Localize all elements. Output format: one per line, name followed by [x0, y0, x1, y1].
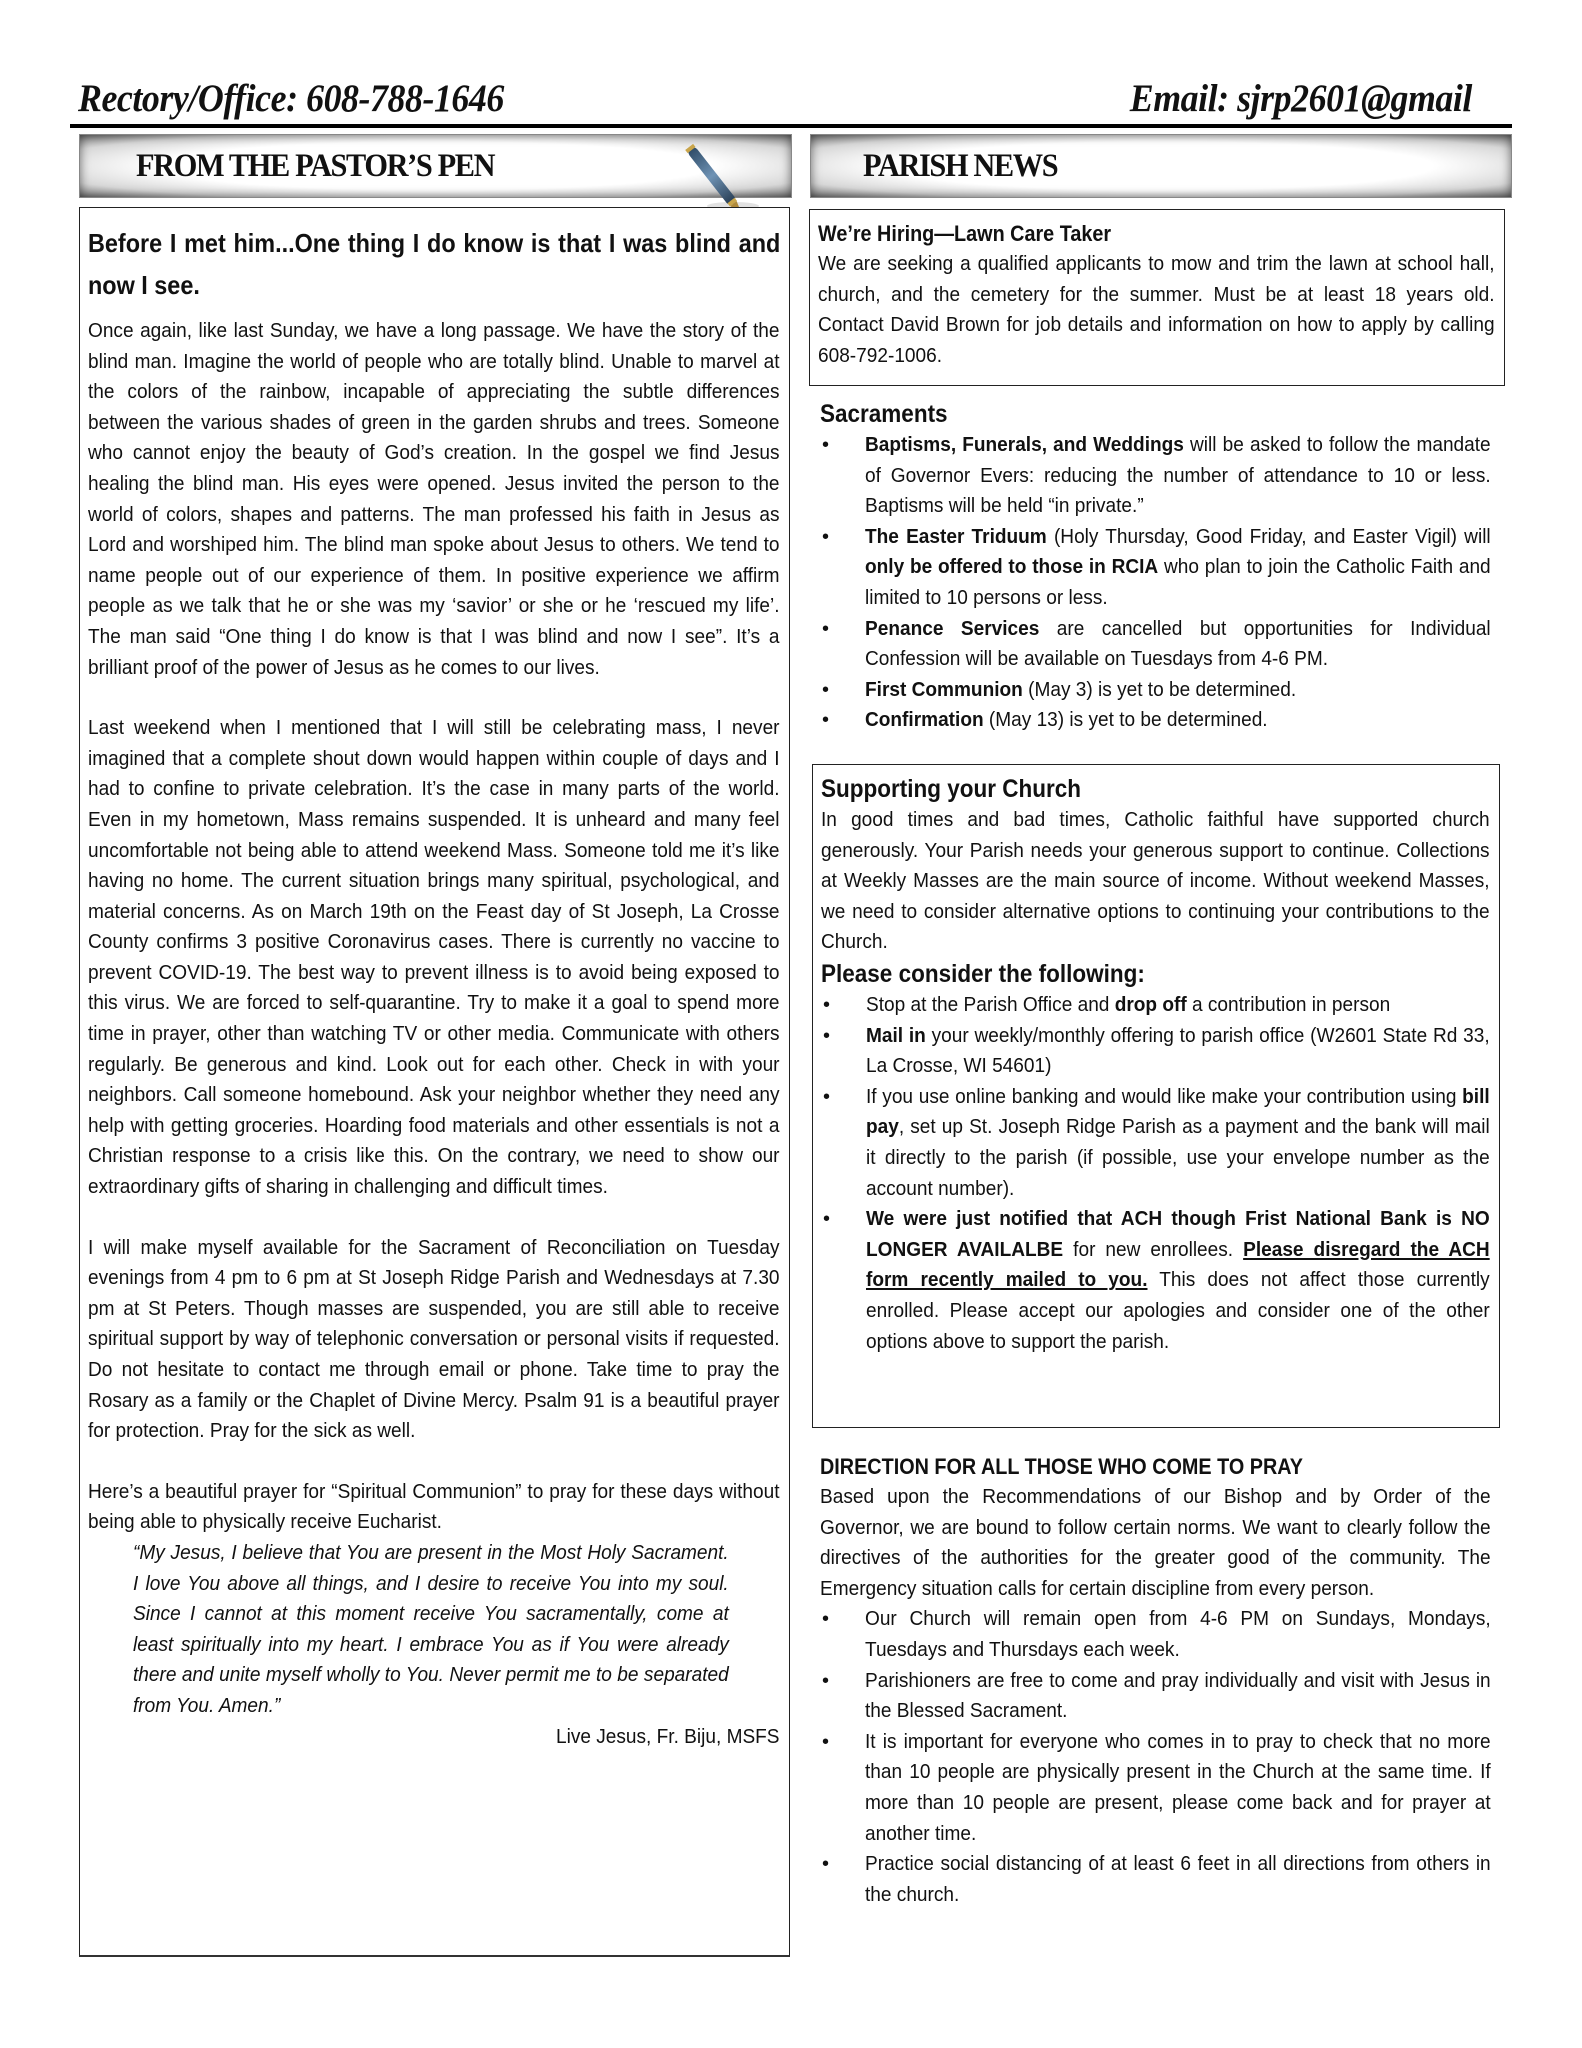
bullet-icon: • — [822, 1727, 829, 1758]
prayer-text: “My Jesus, I believe that You are presen… — [133, 1538, 729, 1722]
list-item: •Mail in your weekly/monthly offering to… — [821, 1021, 1491, 1082]
sacraments-title: Sacraments — [820, 398, 1425, 430]
hiring-body: We are seeking a qualified applicants to… — [818, 249, 1495, 371]
contribution-options-list: •Stop at the Parish Office and drop off … — [821, 990, 1491, 1357]
article-paragraph: Once again, like last Sunday, we have a … — [88, 316, 780, 683]
article-paragraph: Here’s a beautiful prayer for “Spiritual… — [88, 1477, 780, 1538]
bullet-icon: • — [822, 430, 829, 461]
list-item: •Confirmation (May 13) is yet to be dete… — [820, 705, 1492, 736]
directions-body: Based upon the Recommendations of our Bi… — [820, 1482, 1491, 1604]
supporting-subtitle: Please consider the following: — [821, 958, 1424, 990]
email-heading: Email: sjrp2601@gmail — [1130, 76, 1472, 121]
parish-news-banner: PARISH NEWS — [810, 134, 1512, 198]
bullet-icon: • — [822, 705, 829, 736]
spiritual-communion-prayer: “My Jesus, I believe that You are presen… — [88, 1538, 730, 1722]
list-item: •First Communion (May 3) is yet to be de… — [820, 675, 1492, 706]
list-item: •Baptisms, Funerals, and Weddings will b… — [820, 430, 1492, 522]
signature: Live Jesus, Fr. Biju, MSFS — [88, 1722, 843, 1753]
article-paragraph: Last weekend when I mentioned that I wil… — [88, 713, 780, 1203]
supporting-body: In good times and bad times, Catholic fa… — [821, 805, 1490, 958]
hiring-title: We’re Hiring—Lawn Care Taker — [818, 219, 1428, 249]
prayer-directions-section: DIRECTION FOR ALL THOSE WHO COME TO PRAY… — [820, 1452, 1492, 1910]
directions-title: DIRECTION FOR ALL THOSE WHO COME TO PRAY — [820, 1452, 1425, 1482]
list-item: •If you use online banking and would lik… — [821, 1082, 1491, 1204]
rectory-phone-heading: Rectory/Office: 608-788-1646 — [78, 76, 504, 121]
bullet-icon: • — [822, 1604, 829, 1635]
bullet-icon: • — [823, 1082, 830, 1113]
bullet-icon: • — [822, 614, 829, 645]
list-item: •We were just notified that ACH though F… — [821, 1204, 1491, 1357]
list-item: •The Easter Triduum (Holy Thursday, Good… — [820, 522, 1492, 614]
bullet-icon: • — [823, 1204, 830, 1235]
article-paragraph: I will make myself available for the Sac… — [88, 1233, 780, 1447]
pastors-pen-title: FROM THE PASTOR’S PEN — [136, 148, 494, 185]
bullet-icon: • — [823, 990, 830, 1021]
list-item: •Our Church will remain open from 4-6 PM… — [820, 1604, 1492, 1665]
pastors-pen-article: Before I met him...One thing I do know i… — [79, 207, 790, 1957]
list-item: •Practice social distancing of at least … — [820, 1849, 1492, 1910]
sacraments-list: •Baptisms, Funerals, and Weddings will b… — [820, 430, 1492, 736]
directions-list: •Our Church will remain open from 4-6 PM… — [820, 1604, 1492, 1910]
bullet-icon: • — [823, 1021, 830, 1052]
list-item: •Stop at the Parish Office and drop off … — [821, 990, 1491, 1021]
list-item: •Parishioners are free to come and pray … — [820, 1666, 1492, 1727]
bullet-icon: • — [822, 1849, 829, 1880]
supporting-title: Supporting your Church — [821, 773, 1424, 805]
bullet-icon: • — [822, 522, 829, 553]
header-divider — [70, 124, 1512, 128]
parish-news-title: PARISH NEWS — [863, 148, 1057, 185]
list-item: •It is important for everyone who comes … — [820, 1727, 1492, 1849]
supporting-church-box: Supporting your Church In good times and… — [812, 764, 1500, 1428]
sacraments-section: Sacraments •Baptisms, Funerals, and Wedd… — [820, 398, 1492, 736]
article-lead: Before I met him...One thing I do know i… — [88, 222, 780, 306]
bullet-icon: • — [822, 1666, 829, 1697]
hiring-notice: We’re Hiring—Lawn Care Taker We are seek… — [809, 209, 1505, 386]
bullet-icon: • — [822, 675, 829, 706]
list-item: •Penance Services are cancelled but oppo… — [820, 614, 1492, 675]
